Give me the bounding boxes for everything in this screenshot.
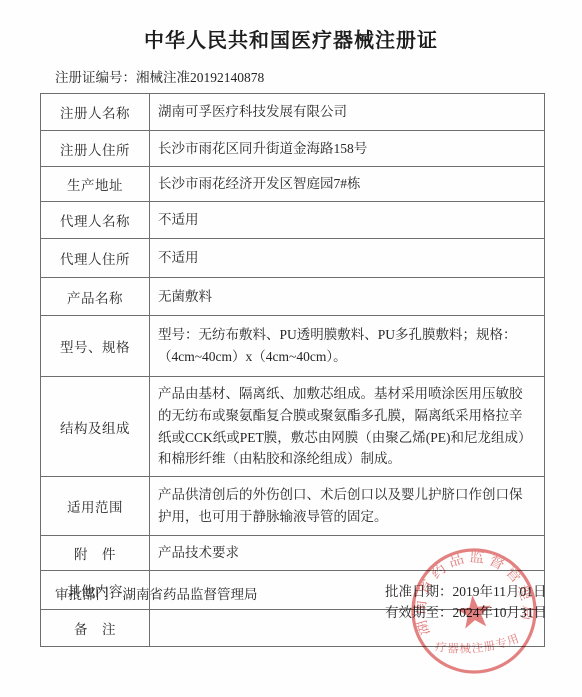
approval-department-line: 审批部门：湖南省药品监督管理局 [55, 583, 258, 603]
table-row: 附 件 产品技术要求 [41, 536, 545, 571]
row-label: 生产地址 [41, 167, 150, 202]
table-row: 适用范围 产品供清创后的外伤创口、术后创口以及婴儿护脐口作创口保护用，也可用于静… [41, 477, 545, 536]
row-label: 型号、规格 [41, 316, 150, 377]
table-row: 代理人住所 不适用 [41, 239, 545, 278]
approval-department-label: 审批部门： [55, 587, 123, 602]
row-label: 产品名称 [41, 278, 150, 316]
table-row: 注册人名称 湖南可孚医疗科技发展有限公司 [41, 94, 545, 131]
table-row: 产品名称 无菌敷料 [41, 278, 545, 316]
table-row: 生产地址 长沙市雨花经济开发区智庭园7#栋 [41, 167, 545, 202]
row-label: 注册人住所 [41, 131, 150, 167]
row-value: 无菌敷料 [150, 278, 545, 316]
row-label: 备 注 [41, 610, 150, 647]
approval-department-value: 湖南省药品监督管理局 [123, 587, 258, 602]
approve-date-line: 批准日期：2019年11月01日 [385, 580, 547, 600]
valid-until-line: 有效期至：2024年10月31日 [385, 601, 547, 621]
certificate-table: 注册人名称 湖南可孚医疗科技发展有限公司 注册人住所 长沙市雨花区同升街道金海路… [40, 93, 545, 647]
table-row: 型号、规格 型号：无纺布敷料、PU透明膜敷料、PU多孔膜敷料；规格：（4cm~4… [41, 316, 545, 377]
approve-date-value: 2019年11月01日 [453, 584, 547, 599]
row-label: 适用范围 [41, 477, 150, 536]
row-label: 代理人住所 [41, 239, 150, 278]
row-value: 湖南可孚医疗科技发展有限公司 [150, 94, 545, 131]
table-row: 代理人名称 不适用 [41, 202, 545, 239]
cert-number-value: 湘械注准20192140878 [136, 70, 264, 85]
row-value: 不适用 [150, 239, 545, 278]
cert-number-line: 注册证编号：湘械注准20192140878 [55, 66, 264, 86]
table-row: 注册人住所 长沙市雨花区同升街道金海路158号 [41, 131, 545, 167]
row-value: 长沙市雨花区同升街道金海路158号 [150, 131, 545, 167]
row-value: 长沙市雨花经济开发区智庭园7#栋 [150, 167, 545, 202]
cert-number-label: 注册证编号： [55, 70, 136, 85]
certificate-page: 中华人民共和国医疗器械注册证 注册证编号：湘械注准20192140878 注册人… [0, 0, 582, 697]
page-title: 中华人民共和国医疗器械注册证 [0, 24, 582, 53]
row-label: 附 件 [41, 536, 150, 571]
row-value: 型号：无纺布敷料、PU透明膜敷料、PU多孔膜敷料；规格：（4cm~40cm）x（… [150, 316, 545, 377]
row-value: 产品技术要求 [150, 536, 545, 571]
row-value: 产品供清创后的外伤创口、术后创口以及婴儿护脐口作创口保护用，也可用于静脉输液导管… [150, 477, 545, 536]
valid-until-label: 有效期至： [385, 605, 453, 620]
approve-date-label: 批准日期： [385, 584, 453, 599]
row-value: 产品由基材、隔离纸、加敷芯组成。基材采用喷涂医用压敏胶的无纺布或聚氨酯复合膜或聚… [150, 377, 545, 477]
row-value: 不适用 [150, 202, 545, 239]
row-label: 注册人名称 [41, 94, 150, 131]
valid-until-value: 2024年10月31日 [453, 605, 548, 620]
row-label: 结构及组成 [41, 377, 150, 477]
row-label: 代理人名称 [41, 202, 150, 239]
table-row: 结构及组成 产品由基材、隔离纸、加敷芯组成。基材采用喷涂医用压敏胶的无纺布或聚氨… [41, 377, 545, 477]
